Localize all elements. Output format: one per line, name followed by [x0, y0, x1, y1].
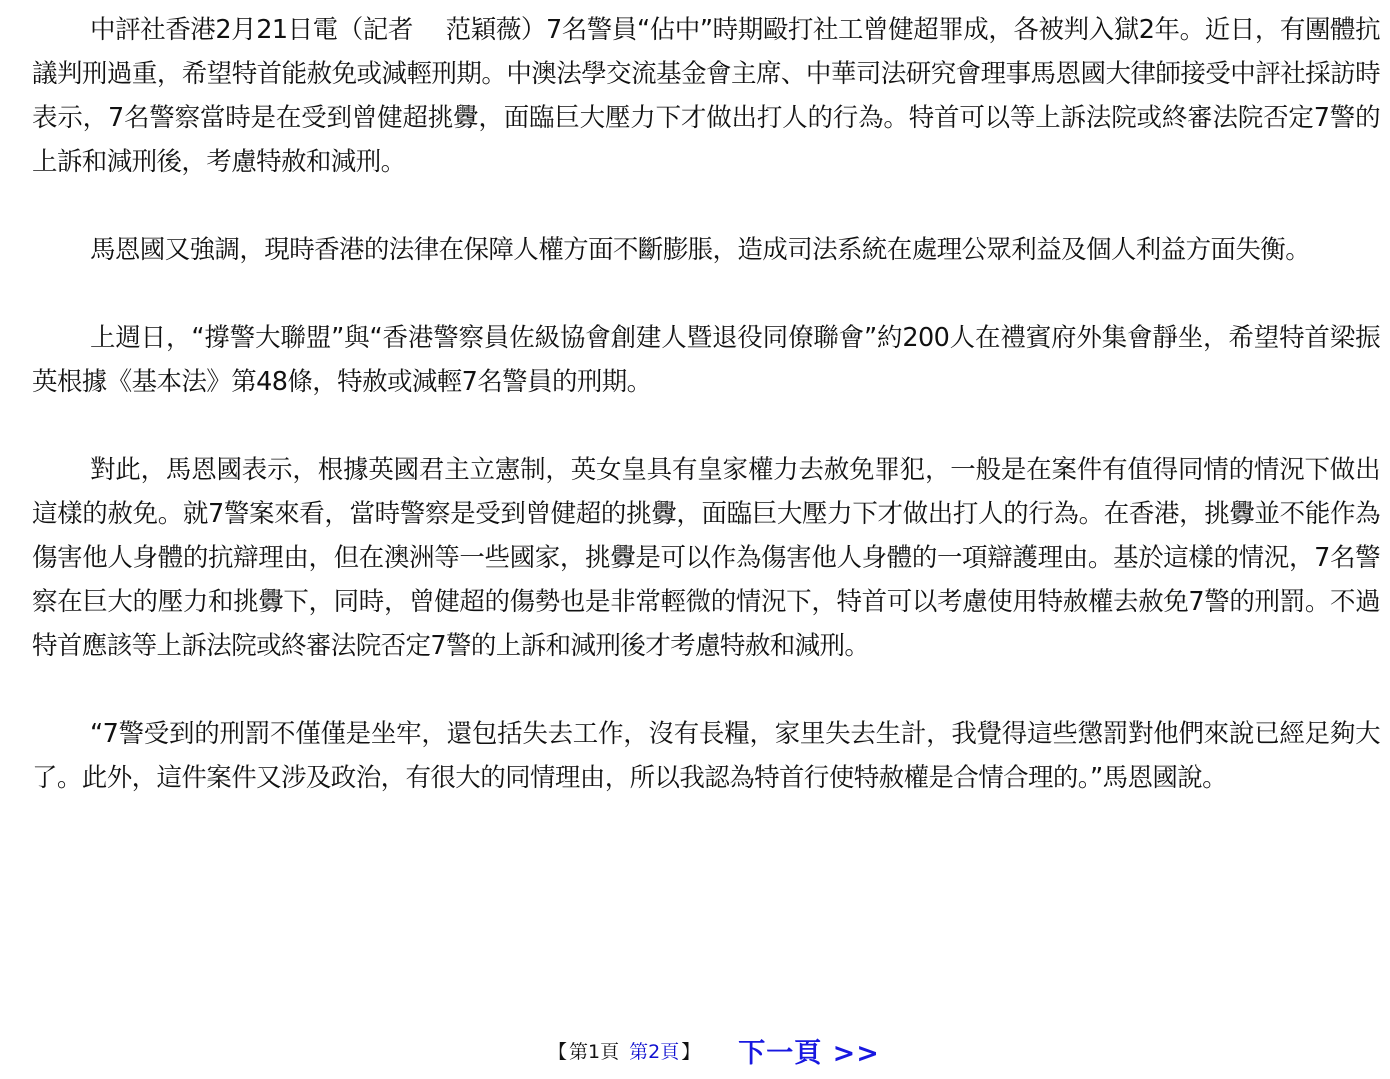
pagination-close-bracket: 】: [681, 1037, 700, 1064]
article-paragraph: 上週日，“撐警大聯盟”與“香港警察員佐級協會創建人暨退役同僚聯會”約200人在禮…: [32, 316, 1380, 404]
article-paragraph: 馬恩國又強調，現時香港的法律在保障人權方面不斷膨脹，造成司法系統在處理公眾利益及…: [32, 228, 1380, 272]
page-1-current: 第1頁: [569, 1037, 619, 1064]
page-2-link[interactable]: 第2頁: [629, 1037, 679, 1064]
pagination-open-bracket: 【: [548, 1037, 567, 1064]
article-body: 中評社香港2月21日電（記者 范穎薇）7名警員“佔中”時期毆打社工曾健超罪成，各…: [0, 0, 1390, 800]
pagination: 【 第1頁 第2頁 】 下一頁 >>: [548, 1031, 880, 1070]
article-paragraph: 對此，馬恩國表示，根據英國君主立憲制，英女皇具有皇家權力去赦免罪犯，一般是在案件…: [32, 448, 1380, 668]
next-page-link[interactable]: 下一頁 >>: [738, 1031, 880, 1070]
article-paragraph: 中評社香港2月21日電（記者 范穎薇）7名警員“佔中”時期毆打社工曾健超罪成，各…: [32, 8, 1380, 184]
article-paragraph: “7警受到的刑罰不僅僅是坐牢，還包括失去工作，沒有長糧，家里失去生計，我覺得這些…: [32, 712, 1380, 800]
